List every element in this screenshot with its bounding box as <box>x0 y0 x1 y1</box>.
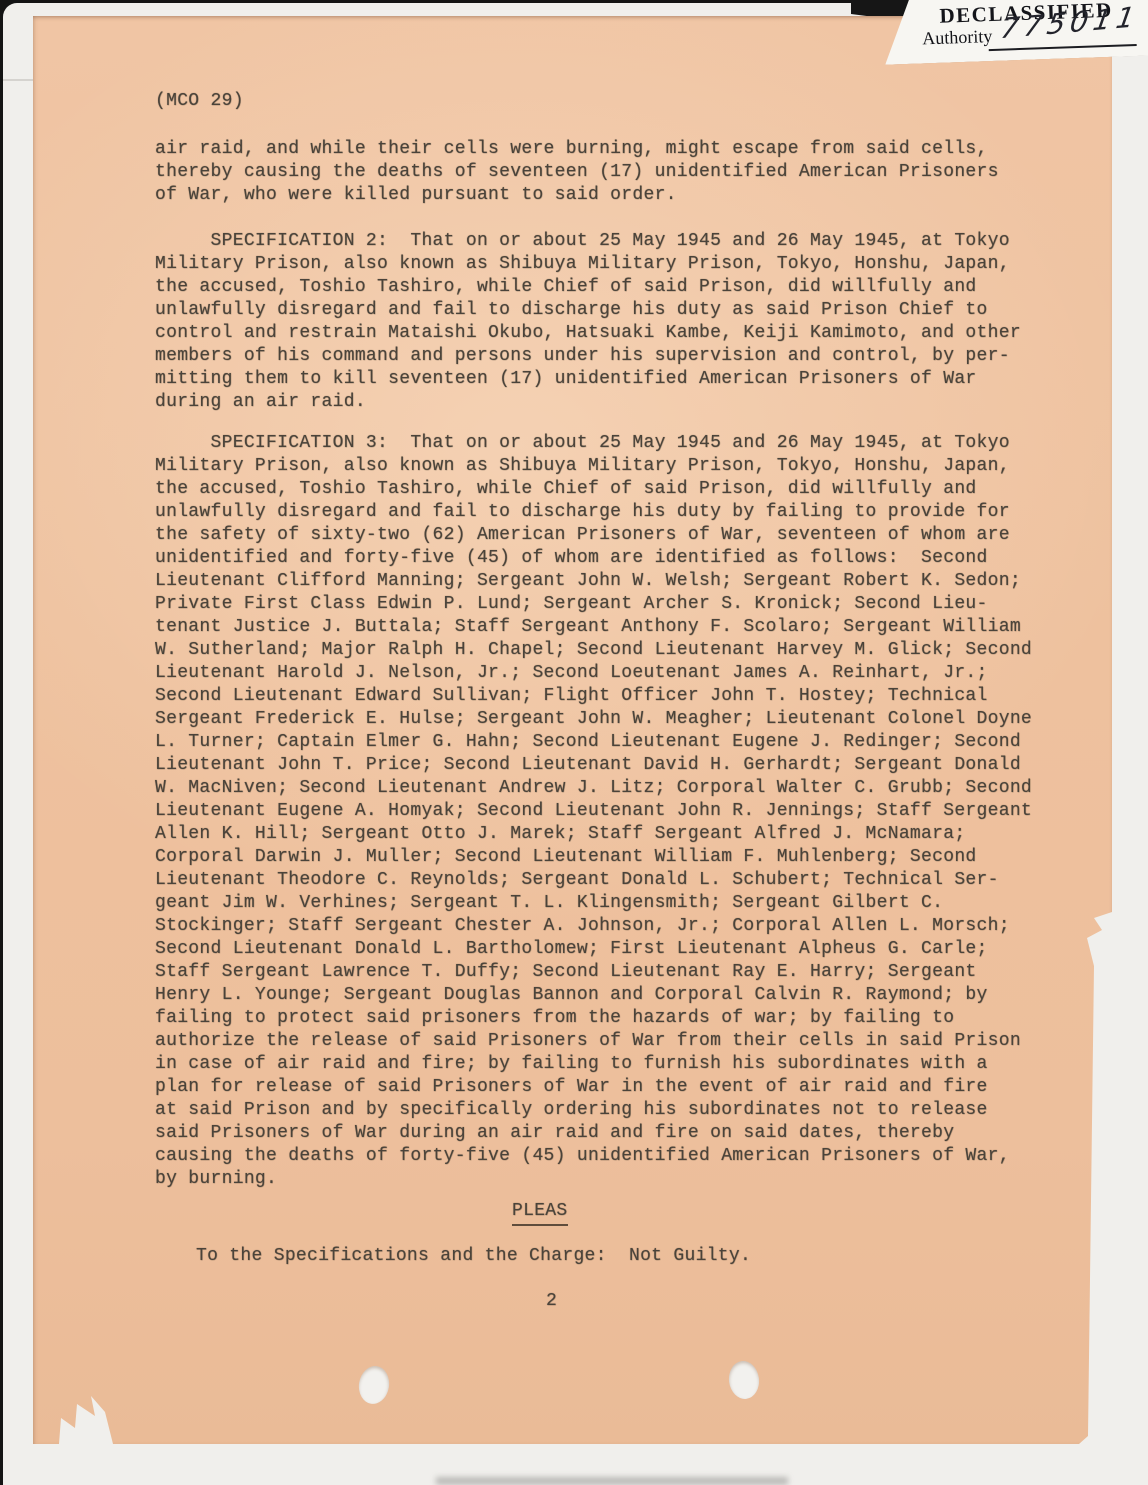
text-line: at said Prison and by specifically order… <box>155 1099 1032 1122</box>
text-line: unlawfully disregard and fail to dischar… <box>155 501 1032 524</box>
text-line: Lieutenant Eugene A. Homyak; Second Lieu… <box>155 800 1032 823</box>
text-line: Lieutenant Theodore C. Reynolds; Sergean… <box>155 869 1032 892</box>
text-line: Stockinger; Staff Sergeant Chester A. Jo… <box>155 915 1032 938</box>
text-line: thereby causing the deaths of seventeen … <box>155 161 999 184</box>
text-line: the accused, Toshio Tashiro, while Chief… <box>155 478 1032 501</box>
text-line: Private First Class Edwin P. Lund; Serge… <box>155 593 1032 616</box>
text-line: Lieutenant John T. Price; Second Lieuten… <box>155 754 1032 777</box>
text-line: members of his command and persons under… <box>155 345 1021 368</box>
text-line: authorize the release of said Prisoners … <box>155 1030 1032 1053</box>
text-line: the accused, Toshio Tashiro, while Chief… <box>155 276 1021 299</box>
pleas-heading: PLEAS <box>512 1200 568 1226</box>
text-line: Military Prison, also known as Shibuya M… <box>155 455 1032 478</box>
text-line: failing to protect said prisoners from t… <box>155 1007 1032 1030</box>
text-line: unidentified and forty-five (45) of whom… <box>155 547 1032 570</box>
text-line: during an air raid. <box>155 391 1021 414</box>
text-line: Second Lieutenant Donald L. Bartholomew;… <box>155 938 1032 961</box>
text-line: in case of air raid and fire; by failing… <box>155 1053 1032 1076</box>
text-line: Sergeant Frederick E. Hulse; Sergeant Jo… <box>155 708 1032 731</box>
text-line: said Prisoners of War during an air raid… <box>155 1122 1032 1145</box>
text-line: Second Lieutenant Edward Sullivan; Fligh… <box>155 685 1032 708</box>
text-line: Henry L. Younge; Sergeant Douglas Bannon… <box>155 984 1032 1007</box>
text-line: plan for release of said Prisoners of Wa… <box>155 1076 1032 1099</box>
text-line: Lieutenant Clifford Manning; Sergeant Jo… <box>155 570 1032 593</box>
authority-label: Authority <box>922 26 993 49</box>
text-line: SPECIFICATION 2: That on or about 25 May… <box>155 230 1021 253</box>
text-line: of War, who were killed pursuant to said… <box>155 184 999 207</box>
scanner-bottom-smudge <box>436 1477 788 1485</box>
text-line: causing the deaths of forty-five (45) un… <box>155 1145 1032 1168</box>
text-line: tenant Justice J. Buttala; Staff Sergean… <box>155 616 1032 639</box>
paragraph-air-raid: air raid, and while their cells were bur… <box>155 138 999 207</box>
text-line: unlawfully disregard and fail to dischar… <box>155 299 1021 322</box>
text-line: the safety of sixty-two (62) American Pr… <box>155 524 1032 547</box>
authority-underline <box>989 44 1137 51</box>
text-line: W. MacNiven; Second Lieutenant Andrew J.… <box>155 777 1032 800</box>
page-number: 2 <box>546 1290 557 1313</box>
plea-line: To the Specifications and the Charge: No… <box>196 1245 751 1268</box>
text-line: Staff Sergeant Lawrence T. Duffy; Second… <box>155 961 1032 984</box>
text-line: W. Sutherland; Major Ralph H. Chapel; Se… <box>155 639 1032 662</box>
text-line: air raid, and while their cells were bur… <box>155 138 999 161</box>
text-line: Lieutenant Harold J. Nelson, Jr.; Second… <box>155 662 1032 685</box>
header-mco: (MCO 29) <box>155 90 244 113</box>
text-line: Military Prison, also known as Shibuya M… <box>155 253 1021 276</box>
text-line: control and restrain Mataishi Okubo, Hat… <box>155 322 1021 345</box>
document-scan: (MCO 29) air raid, and while their cells… <box>0 0 1148 1485</box>
text-line: SPECIFICATION 3: That on or about 25 May… <box>155 432 1032 455</box>
paragraph-specification-2: SPECIFICATION 2: That on or about 25 May… <box>155 230 1021 414</box>
text-line: L. Turner; Captain Elmer G. Hahn; Second… <box>155 731 1032 754</box>
declassified-stamp: DECLASSIFIED Authority 775011 <box>883 0 1148 65</box>
text-line: mitting them to kill seventeen (17) unid… <box>155 368 1021 391</box>
text-line: Corporal Darwin J. Muller; Second Lieute… <box>155 846 1032 869</box>
text-line: geant Jim W. Verhines; Sergeant T. L. Kl… <box>155 892 1032 915</box>
paragraph-specification-3: SPECIFICATION 3: That on or about 25 May… <box>155 432 1032 1191</box>
text-line: by burning. <box>155 1168 1032 1191</box>
text-line: Allen K. Hill; Sergeant Otto J. Marek; S… <box>155 823 1032 846</box>
